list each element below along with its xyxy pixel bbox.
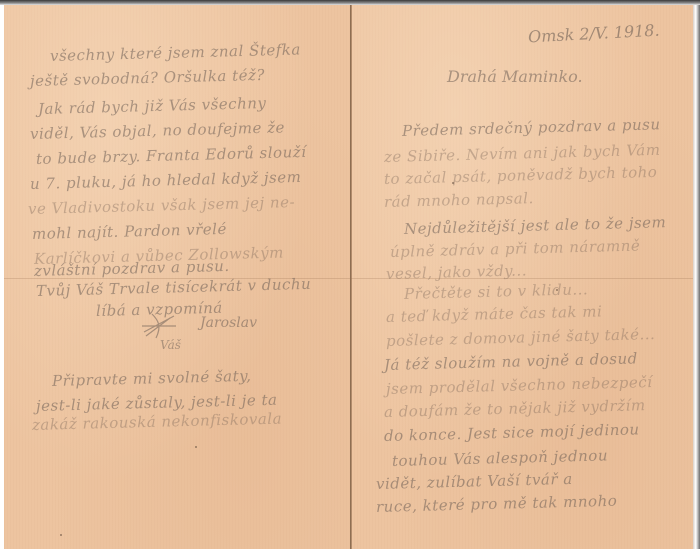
signature: Jaroslav [200, 315, 257, 331]
letter-scan: všechny které jsem znal Štefka ještě svo… [0, 0, 700, 549]
right-line-7: vesel, jako vždy... [386, 261, 527, 283]
salutation: Drahá Maminko. [447, 67, 583, 86]
paper-speck [556, 289, 558, 291]
paper-speck [452, 182, 454, 184]
page-fold-line [350, 5, 352, 549]
signature-sub: Váš [160, 338, 181, 352]
paper-speck [195, 446, 197, 448]
scan-right-edge [693, 5, 700, 549]
crossed-out-scribble-icon [140, 310, 180, 340]
paper-speck [60, 534, 62, 536]
horizontal-crease [4, 278, 693, 279]
